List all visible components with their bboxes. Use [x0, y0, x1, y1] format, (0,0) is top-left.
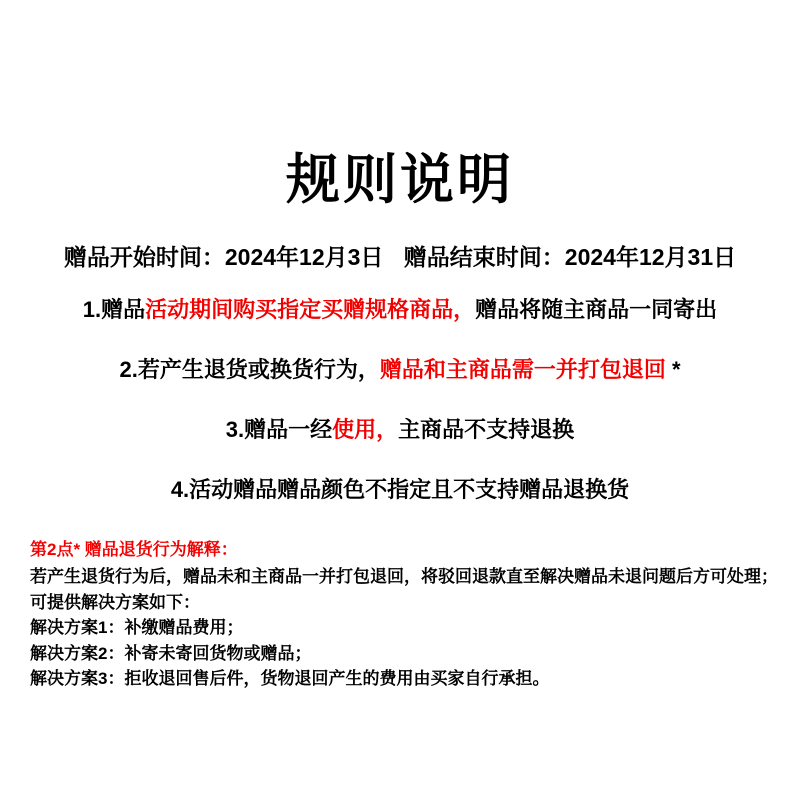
footnote-line-3: 解决方案1：补缴赠品费用；	[30, 615, 780, 641]
footnote-section: 第2点* 赠品退货行为解释： 若产生退货行为后，赠品未和主商品一并打包退回，将驳…	[30, 537, 780, 692]
rule-1-text: 1.赠品	[83, 297, 145, 322]
rule-3-highlight: 使用，	[332, 417, 398, 442]
footnote-line-1: 若产生退货行为后，赠品未和主商品一并打包退回，将驳回退款直至解决赠品未退问题后方…	[30, 564, 780, 590]
rule-4-text: 4.活动赠品赠品颜色不指定且不支持赠品退换货	[171, 477, 629, 502]
gift-start-date: 赠品开始时间：2024年12月3日	[64, 244, 384, 270]
gift-period-line: 赠品开始时间：2024年12月3日 赠品结束时间：2024年12月31日	[0, 239, 800, 272]
gift-end-date: 赠品结束时间：2024年12月31日	[404, 244, 736, 270]
rule-item-3: 3.赠品一经使用，主商品不支持退换	[0, 419, 800, 441]
rule-item-2: 2.若产生退货或换货行为，赠品和主商品需一并打包退回 *	[0, 359, 800, 381]
footnote-line-4: 解决方案2：补寄未寄回货物或赠品；	[30, 641, 780, 667]
footnote-line-2: 可提供解决方案如下：	[30, 590, 780, 616]
footnote-line-5: 解决方案3：拒收退回售后件，货物退回产生的费用由买家自行承担。	[30, 666, 780, 692]
rule-3-text: 3.赠品一经	[226, 417, 332, 442]
gift-rules-notice: 规则说明 赠品开始时间：2024年12月3日 赠品结束时间：2024年12月31…	[0, 0, 800, 800]
rule-2-text: 2.若产生退货或换货行为，	[119, 357, 379, 382]
rule-2-text-tail: *	[666, 357, 681, 382]
footnote-heading: 第2点* 赠品退货行为解释：	[30, 537, 780, 563]
rule-1-text-tail: 赠品将随主商品一同寄出	[475, 297, 717, 322]
rule-1-highlight: 活动期间购买指定买赠规格商品，	[145, 297, 475, 322]
rule-item-4: 4.活动赠品赠品颜色不指定且不支持赠品退换货	[0, 479, 800, 501]
page-title: 规则说明	[0, 148, 800, 213]
rule-item-1: 1.赠品活动期间购买指定买赠规格商品，赠品将随主商品一同寄出	[0, 299, 800, 321]
rule-2-highlight: 赠品和主商品需一并打包退回	[380, 357, 666, 382]
rules-list: 1.赠品活动期间购买指定买赠规格商品，赠品将随主商品一同寄出 2.若产生退货或换…	[0, 299, 800, 539]
rule-3-text-tail: 主商品不支持退换	[398, 417, 574, 442]
